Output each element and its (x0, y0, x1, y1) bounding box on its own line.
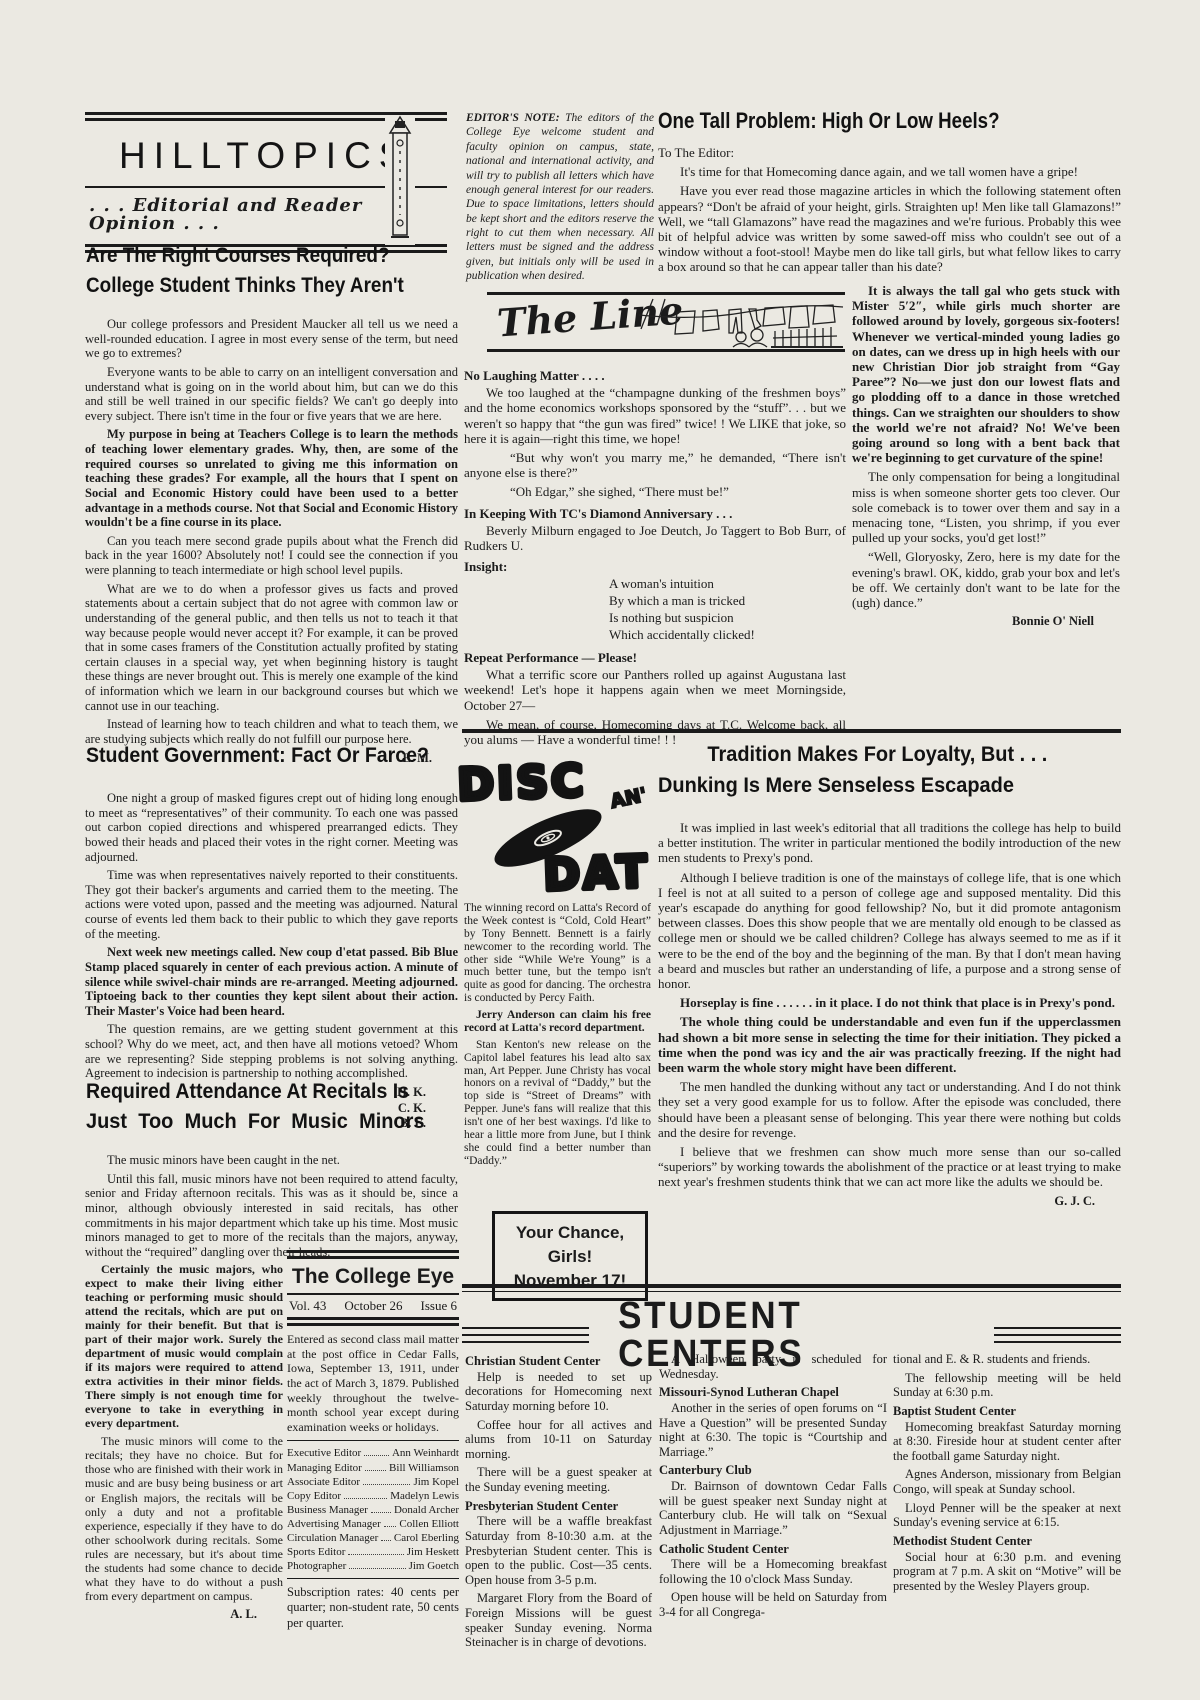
student-centers-col-2: A Halloween party is scheduled for Wedne… (659, 1352, 887, 1624)
headline-right-courses: Are The Right Courses Required? College … (86, 245, 439, 296)
poem-line: Which accidentally clicked! (609, 627, 846, 644)
signature: G. J. C. (658, 1194, 1121, 1209)
center-heading: Baptist Student Center (893, 1404, 1121, 1419)
subscription-rates: Subscription rates: 40 cents per quarter… (287, 1585, 459, 1631)
paragraph: Margaret Flory from the Board of Foreign… (465, 1591, 652, 1650)
dotted-leader (365, 1470, 386, 1471)
staff-name: Carol Eberling (394, 1531, 459, 1545)
headline-line: Tradition Makes For Loyalty, But . . . (658, 744, 1047, 765)
staff-row: Sports EditorJim Heskett (287, 1545, 459, 1559)
staff-role: Managing Editor (287, 1461, 362, 1475)
article-tall-problem: To The Editor: It's time for that Homeco… (658, 145, 1121, 279)
signature: Bonnie O' Niell (852, 614, 1120, 629)
paragraph: Next week new meetings called. New coup … (85, 945, 458, 1018)
item-heading: Insight: (464, 559, 846, 574)
staff-role: Sports Editor (287, 1545, 345, 1559)
the-line-column: No Laughing Matter . . . . We too laughe… (464, 362, 846, 751)
headline-tall-problem: One Tall Problem: High Or Low Heels? (658, 110, 1060, 132)
paragraph: Help is needed to set up decorations for… (465, 1370, 652, 1414)
paragraph: Dr. Bairnson of downtown Cedar Falls wil… (659, 1479, 887, 1538)
center-heading: Canterbury Club (659, 1463, 887, 1478)
staff-name: Collen Elliott (399, 1517, 459, 1531)
staff-name: Bill Williamson (389, 1461, 459, 1475)
header-line-decoration (994, 1327, 1121, 1343)
staff-role: Executive Editor (287, 1446, 361, 1460)
paragraph: The winning record on Latta's Record of … (464, 902, 651, 1005)
staff-name: Ann Weinhardt (392, 1446, 459, 1460)
staff-role: Copy Editor (287, 1489, 341, 1503)
staff-name: Donald Archer (394, 1503, 459, 1517)
student-centers-col-3: tional and E. & R. students and friends.… (893, 1352, 1121, 1597)
item-heading: In Keeping With TC's Diamond Anniversary… (464, 506, 846, 521)
staff-row: PhotographerJim Goetch (287, 1559, 459, 1573)
an-logo-word: AN' (608, 784, 648, 813)
volume-row: Vol. 43 October 26 Issue 6 (287, 1295, 459, 1317)
paragraph: Another in the series of open forums on … (659, 1401, 887, 1460)
staff-list: Executive EditorAnn Weinhardt Managing E… (287, 1446, 459, 1573)
newspaper-editorial-page: HILLTOPICS . . . Editorial and Reader Op… (0, 0, 1200, 1700)
paragraph: There will be a waffle breakfast Saturda… (465, 1514, 652, 1587)
paragraph: There will be a guest speaker at the Sun… (465, 1465, 652, 1494)
paragraph: The only compensation for being a longit… (852, 469, 1120, 545)
poem: A woman's intuition By which a man is tr… (609, 576, 846, 644)
masthead: HILLTOPICS . . . Editorial and Reader Op… (85, 112, 447, 253)
paragraph: Our college professors and President Mau… (85, 317, 458, 361)
paragraph: “Well, Gloryosky, Zero, here is my date … (852, 549, 1120, 610)
article-recitals-continued: Certainly the music majors, who expect t… (85, 1262, 283, 1621)
clothesline-drawing-icon (637, 297, 845, 349)
paragraph: The music minors will come to the recita… (85, 1434, 283, 1602)
student-centers-thin-rule (462, 1291, 1121, 1292)
dotted-leader (348, 1554, 403, 1555)
paragraph: “Oh Edgar,” she sighed, “There must be!” (464, 484, 846, 499)
paragraph: What are we to do when a professor gives… (85, 582, 458, 714)
poem-line: By which a man is tricked (609, 593, 846, 610)
entered-notice: Entered as second class mail matter at t… (287, 1332, 459, 1434)
center-heading: Catholic Student Center (659, 1542, 887, 1557)
center-heading: Missouri-Synod Lutheran Chapel (659, 1385, 887, 1400)
headline-line: Just Too Much For Music Minors (86, 1111, 424, 1132)
staff-role: Advertising Manager (287, 1517, 381, 1531)
headline-line: Required Attendance At Recitals Is (86, 1081, 417, 1102)
dotted-leader (381, 1540, 391, 1541)
paragraph: Homecoming breakfast Saturday morning at… (893, 1420, 1121, 1464)
headline-student-government: Student Government: Fact Or Farce? (86, 745, 455, 766)
header-line-decoration (462, 1327, 589, 1343)
article-recitals-lead: The music minors have been caught in the… (85, 1153, 458, 1263)
staff-row: Associate EditorJim Kopel (287, 1475, 459, 1489)
editors-note: EDITOR'S NOTE: The editors of the Colleg… (466, 111, 654, 284)
paragraph: Coffee hour for all actives and alums fr… (465, 1418, 652, 1462)
paragraph: Jerry Anderson can claim his free record… (464, 1009, 651, 1035)
headline-line: Student Government: Fact Or Farce? (86, 745, 429, 766)
staff-name: Jim Kopel (413, 1475, 459, 1489)
paragraph: “But why won't you marry me,” he demande… (464, 450, 846, 480)
newspaper-name: The College Eye (287, 1265, 459, 1288)
issue-number: Issue 6 (421, 1298, 457, 1314)
paragraph: Horseplay is fine . . . . . . in it plac… (658, 995, 1121, 1010)
paragraph: Stan Kenton's new release on the Capitol… (464, 1039, 651, 1168)
paragraph: Can you teach mere second grade pupils a… (85, 534, 458, 578)
paragraph: The fellowship meeting will be held Sund… (893, 1371, 1121, 1400)
student-centers-top-rule (462, 1284, 1121, 1288)
rule (287, 1440, 459, 1441)
staff-row: Circulation ManagerCarol Eberling (287, 1531, 459, 1545)
staff-row: Managing EditorBill Williamson (287, 1461, 459, 1475)
ad-line: November 17! (497, 1269, 643, 1293)
disc-an-dat-logo: DISC AN' DAT (456, 756, 654, 898)
paragraph: It's time for that Homecoming dance agai… (658, 164, 1121, 179)
headline-line: Are The Right Courses Required? (86, 245, 404, 266)
volume-label: Vol. 43 (289, 1298, 326, 1314)
headline-line: One Tall Problem: High Or Low Heels? (658, 110, 1000, 132)
paragraph: What a terrific score our Panthers rolle… (464, 667, 846, 713)
the-line-banner: The Line (487, 292, 845, 354)
staff-name: Madelyn Lewis (390, 1489, 459, 1503)
paragraph: It is always the tall gal who gets stuck… (852, 283, 1120, 465)
salutation: To The Editor: (658, 145, 1121, 160)
ad-line: Your Chance, Girls! (497, 1221, 643, 1269)
paragraph: It was implied in last week's editorial … (658, 820, 1121, 866)
paragraph: Lloyd Penner will be the speaker at next… (893, 1501, 1121, 1530)
center-heading: Presbyterian Student Center (465, 1499, 652, 1514)
item-heading: No Laughing Matter . . . . (464, 368, 846, 383)
paragraph: Certainly the music majors, who expect t… (85, 1262, 283, 1430)
poem-line: A woman's intuition (609, 576, 846, 593)
staff-role: Circulation Manager (287, 1531, 378, 1545)
college-eye-flag-box: The College Eye Vol. 43 October 26 Issue… (287, 1250, 459, 1637)
paragraph: Although I believe tradition is one of t… (658, 870, 1121, 992)
poem-line: Is nothing but suspicion (609, 610, 846, 627)
campanile-tower-icon (385, 115, 415, 245)
signature: A. L. (85, 1607, 283, 1622)
paragraph: The music minors have been caught in the… (85, 1153, 458, 1168)
rule (287, 1317, 459, 1326)
section-divider-rule (462, 729, 1121, 733)
issue-date: October 26 (344, 1298, 402, 1314)
staff-role: Associate Editor (287, 1475, 360, 1489)
staff-row: Copy EditorMadelyn Lewis (287, 1489, 459, 1503)
paragraph: Time was when representatives naively re… (85, 868, 458, 941)
paragraph: tional and E. & R. students and friends. (893, 1352, 1121, 1367)
staff-name: Jim Goetch (409, 1559, 459, 1573)
rule (287, 1250, 459, 1259)
headline-line: Dunking Is Mere Senseless Escapade (658, 775, 1047, 796)
dotted-leader (384, 1526, 397, 1527)
paragraph: Beverly Milburn engaged to Joe Deutch, J… (464, 523, 846, 553)
paragraph: Instead of learning how to teach childre… (85, 717, 458, 746)
paragraph: One night a group of masked figures crep… (85, 791, 458, 864)
headline-tradition: Tradition Makes For Loyalty, But . . . D… (658, 744, 1068, 796)
paragraph: The men handled the dunking without any … (658, 1079, 1121, 1140)
student-centers-col-1: Christian Student Center Help is needed … (465, 1352, 652, 1654)
item-heading: Repeat Performance — Please! (464, 650, 846, 665)
staff-row: Executive EditorAnn Weinhardt (287, 1446, 459, 1460)
staff-row: Business ManagerDonald Archer (287, 1503, 459, 1517)
headline-line: College Student Thinks They Aren't (86, 275, 404, 296)
paragraph: There will be a Homecoming breakfast fol… (659, 1557, 887, 1586)
paragraph: My purpose in being at Teachers College … (85, 427, 458, 529)
dotted-leader (363, 1484, 410, 1485)
paragraph: Agnes Anderson, missionary from Belgian … (893, 1467, 1121, 1496)
dat-logo-word: DAT (543, 846, 651, 898)
dotted-leader (364, 1455, 389, 1456)
staff-role: Photographer (287, 1559, 346, 1573)
staff-row: Advertising ManagerCollen Elliott (287, 1517, 459, 1531)
paragraph: The question remains, are we getting stu… (85, 1022, 458, 1081)
paragraph: A Halloween party is scheduled for Wedne… (659, 1352, 887, 1381)
rule (487, 349, 845, 352)
paragraph: Have you ever read those magazine articl… (658, 183, 1121, 274)
dotted-leader (344, 1498, 387, 1499)
article-right-courses: Our college professors and President Mau… (85, 317, 458, 765)
paragraph: Open house will be held on Saturday from… (659, 1590, 887, 1619)
dotted-leader (349, 1568, 405, 1569)
paragraph: We too laughed at the “champagne dunking… (464, 385, 846, 446)
article-tall-problem-continued: It is always the tall gal who gets stuck… (852, 283, 1120, 629)
disc-an-dat-column: The winning record on Latta's Record of … (464, 902, 651, 1172)
paragraph: I believe that we freshmen can show much… (658, 1144, 1121, 1190)
center-heading: Christian Student Center (465, 1354, 652, 1369)
paragraph: The whole thing could be understandable … (658, 1014, 1121, 1075)
paragraph: Social hour at 6:30 p.m. and evening pro… (893, 1550, 1121, 1594)
paragraph: Everyone wants to be able to carry on an… (85, 365, 458, 424)
editors-note-label: EDITOR'S NOTE: (466, 112, 560, 124)
article-tradition: It was implied in last week's editorial … (658, 820, 1121, 1208)
dotted-leader (371, 1512, 391, 1513)
editors-note-text: The editors of the College Eye welcome s… (466, 112, 654, 282)
rule (287, 1578, 459, 1579)
headline-recitals: Required Attendance At Recitals Is Just … (86, 1081, 442, 1132)
staff-name: Jim Heskett (407, 1545, 459, 1559)
paragraph: Until this fall, music minors have not b… (85, 1172, 458, 1260)
disc-logo-word: DISC (457, 756, 588, 811)
staff-role: Business Manager (287, 1503, 368, 1517)
center-heading: Methodist Student Center (893, 1534, 1121, 1549)
